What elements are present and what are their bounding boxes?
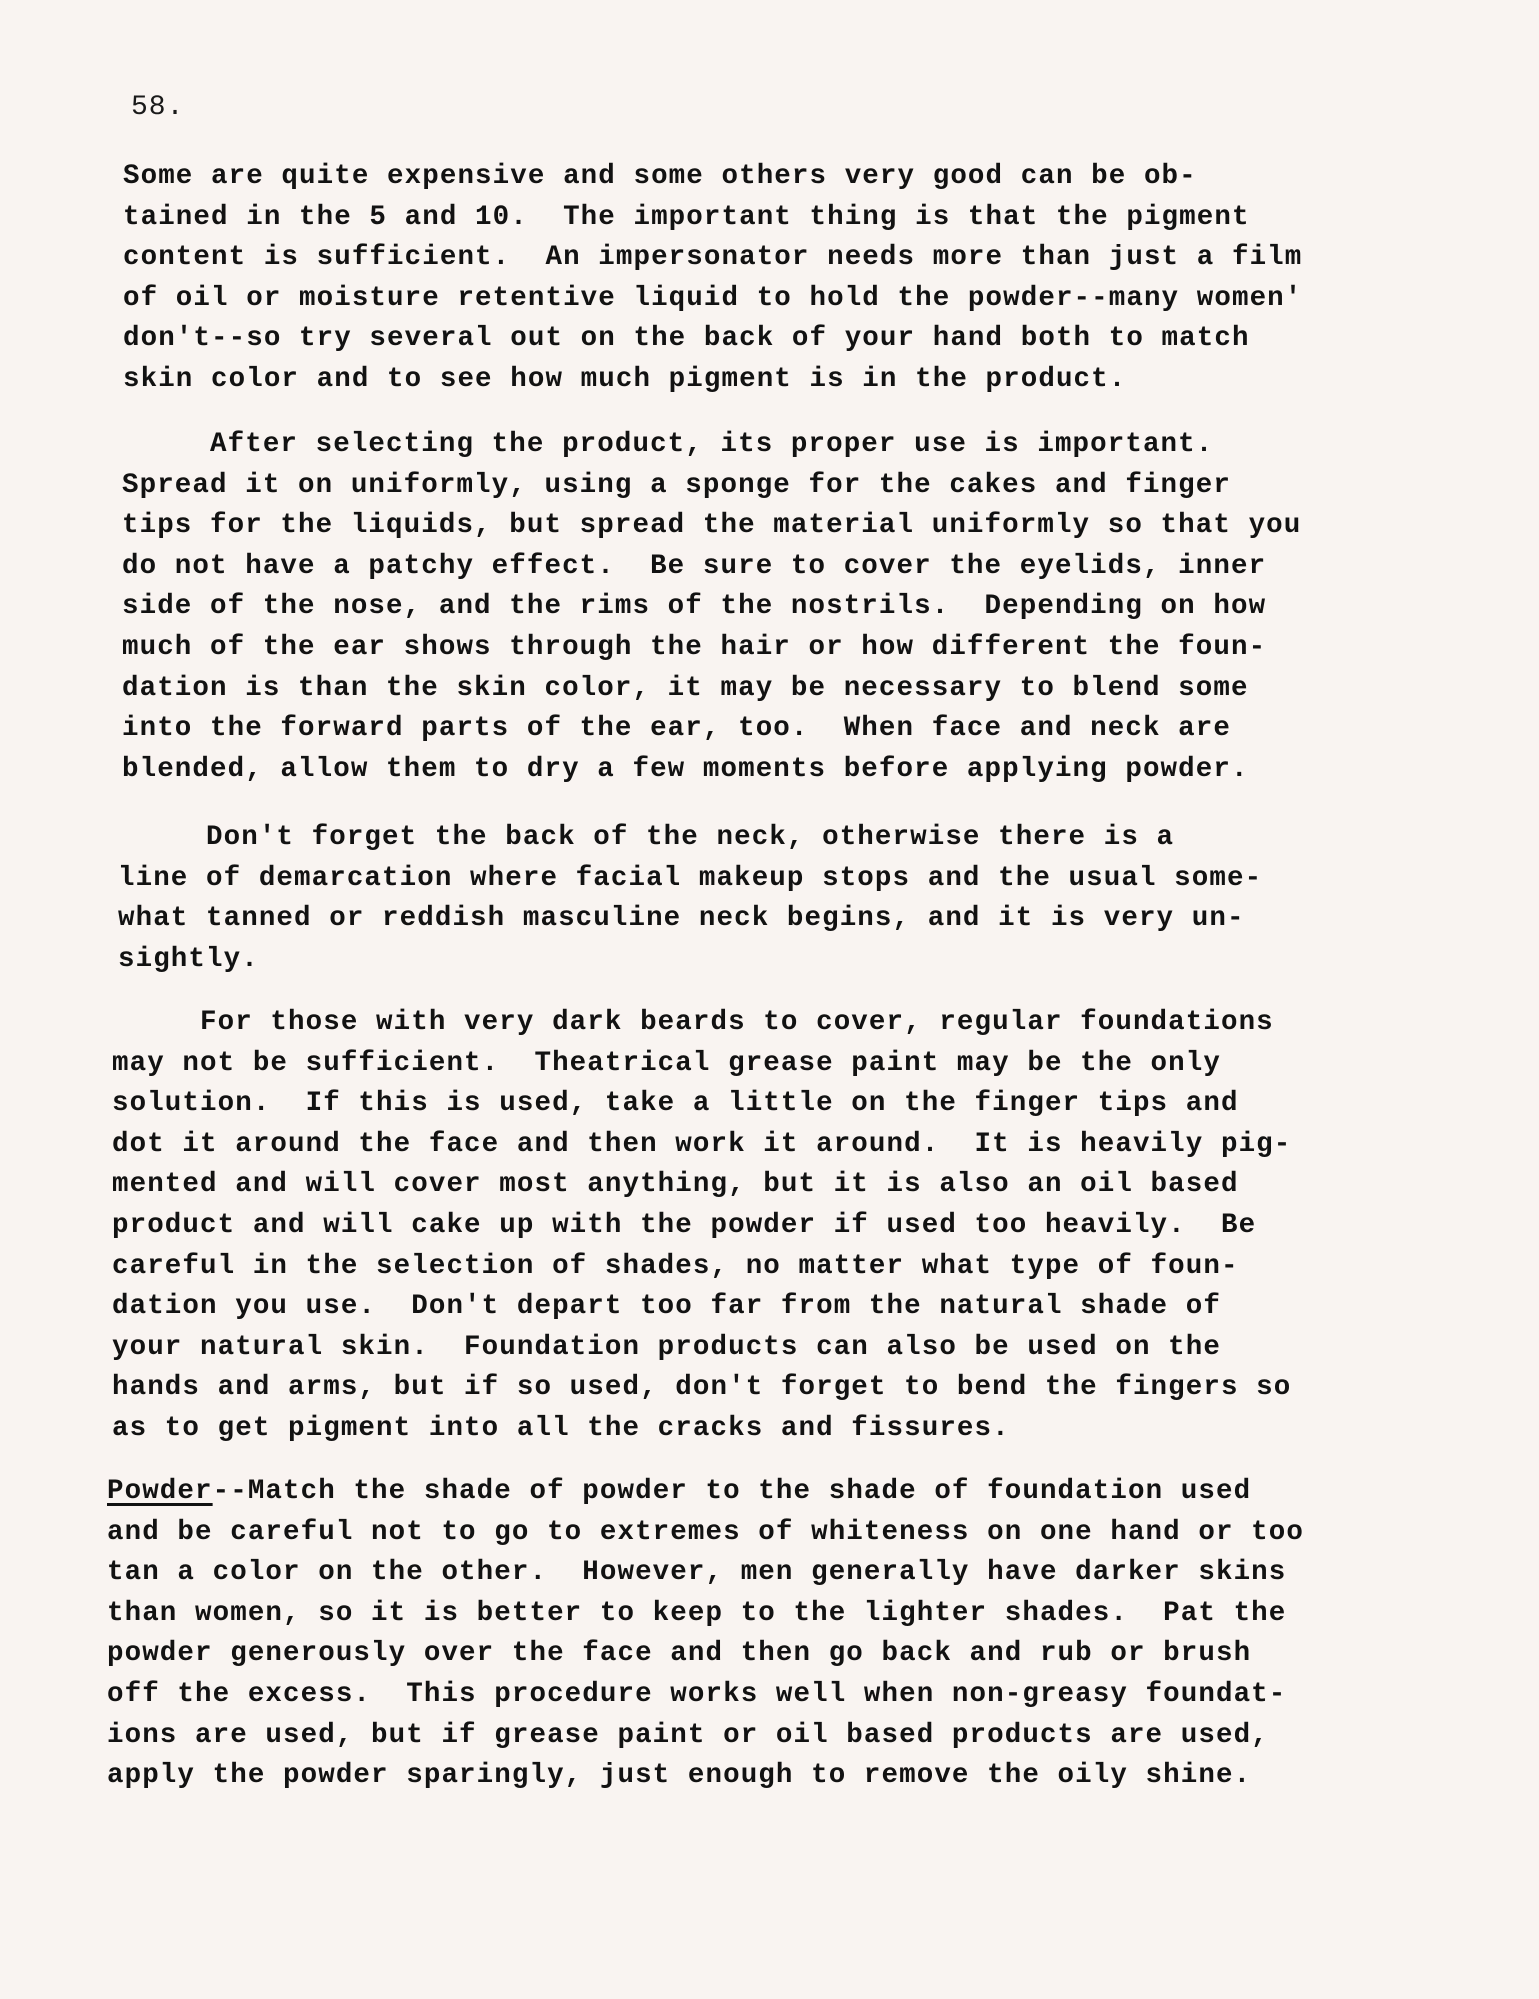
text-line: solution. If this is used, take a little…	[112, 1084, 1291, 1125]
text-line: line of demarcation where facial makeup …	[118, 859, 1262, 900]
page-number: 58.	[131, 92, 184, 123]
text-line: may not be sufficient. Theatrical grease…	[112, 1044, 1291, 1085]
text-line: and be careful not to go to extremes of …	[107, 1513, 1304, 1554]
text-line: careful in the selection of shades, no m…	[112, 1247, 1291, 1288]
text-line: side of the nose, and the rims of the no…	[122, 587, 1301, 628]
text-line: apply the powder sparingly, just enough …	[107, 1756, 1304, 1797]
text-line: blended, allow them to dry a few moments…	[122, 750, 1301, 791]
text-line: as to get pigment into all the cracks an…	[112, 1409, 1291, 1450]
text-line: ions are used, but if grease paint or oi…	[107, 1716, 1304, 1757]
text-line: Spread it on uniformly, using a sponge f…	[122, 466, 1301, 507]
text-line: tan a color on the other. However, men g…	[107, 1553, 1304, 1594]
text-line: For those with very dark beards to cover…	[112, 1003, 1291, 1044]
text-line: Don't forget the back of the neck, other…	[118, 818, 1262, 859]
paragraph-application: After selecting the product, its proper …	[122, 425, 1301, 790]
text-line: of oil or moisture retentive liquid to h…	[123, 279, 1302, 320]
paragraph-foundation-products: Some are quite expensive and some others…	[123, 157, 1302, 401]
text-line: than women, so it is better to keep to t…	[107, 1594, 1304, 1635]
text-line: dation you use. Don't depart too far fro…	[112, 1287, 1291, 1328]
text-line: off the excess. This procedure works wel…	[107, 1675, 1304, 1716]
text-line: powder generously over the face and then…	[107, 1634, 1304, 1675]
text-line: your natural skin. Foundation products c…	[112, 1328, 1291, 1369]
text-line: much of the ear shows through the hair o…	[122, 628, 1301, 669]
paragraph-powder: Powder--Match the shade of powder to the…	[107, 1472, 1304, 1797]
paragraph-dark-beards: For those with very dark beards to cover…	[112, 1003, 1291, 1450]
text-line: skin color and to see how much pigment i…	[123, 360, 1302, 401]
text-line: hands and arms, but if so used, don't fo…	[112, 1368, 1291, 1409]
text-line: After selecting the product, its proper …	[122, 425, 1301, 466]
section-heading-powder: Powder	[107, 1476, 213, 1507]
text-line: what tanned or reddish masculine neck be…	[118, 899, 1262, 940]
text-line: Powder--Match the shade of powder to the…	[107, 1472, 1304, 1513]
text-line: dation is than the skin color, it may be…	[122, 669, 1301, 710]
paragraph-neck: Don't forget the back of the neck, other…	[118, 818, 1262, 980]
text-line: into the forward parts of the ear, too. …	[122, 709, 1301, 750]
text-line: do not have a patchy effect. Be sure to …	[122, 547, 1301, 588]
text-line: sightly.	[118, 940, 1262, 981]
text-line: don't--so try several out on the back of…	[123, 319, 1302, 360]
heading-rest: --Match the shade of powder to the shade…	[213, 1476, 1252, 1507]
text-line: Some are quite expensive and some others…	[123, 157, 1302, 198]
text-line: product and will cake up with the powder…	[112, 1206, 1291, 1247]
text-line: tips for the liquids, but spread the mat…	[122, 506, 1301, 547]
text-line: mented and will cover most anything, but…	[112, 1165, 1291, 1206]
text-line: dot it around the face and then work it …	[112, 1125, 1291, 1166]
text-line: tained in the 5 and 10. The important th…	[123, 198, 1302, 239]
text-line: content is sufficient. An impersonator n…	[123, 238, 1302, 279]
